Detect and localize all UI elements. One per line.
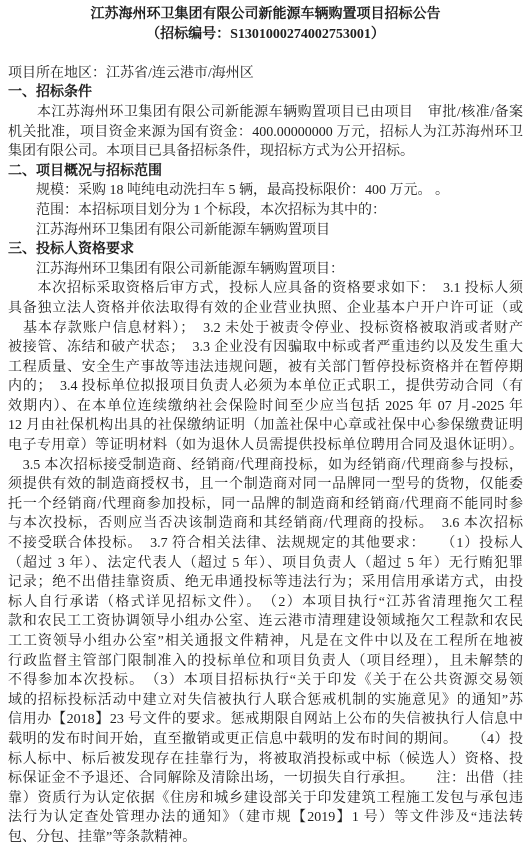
doc-text-line: 法行为认定查处管理办法的通知》（建市规【2019】1 号）等文件涉及“违法转 bbox=[8, 808, 523, 828]
doc-text-line: 托一个经销商/代理商参加投标，同一品牌的制造商和经销商/代理商不能同时参 bbox=[8, 495, 523, 515]
doc-text-line: 不接受联合体投标。 3.7 符合相关法律、法规规定的其他要求： （1）投标人 bbox=[8, 534, 523, 554]
blank-spacer bbox=[8, 44, 523, 64]
tender-announcement-document: 江苏海州环卫集团有限公司新能源车辆购置项目招标公告 （招标编号：S1301000… bbox=[0, 0, 531, 858]
doc-text-line: 标人标中、标后被发现存在挂靠行为，将被取消投标或中标（候选人）资格、投 bbox=[8, 750, 523, 770]
doc-text-line: 12 月由社保机构出具的社保缴纳证明（加盖社保中心章或社保中心参保缴费证明 bbox=[8, 416, 523, 436]
document-body: 项目所在地区：江苏省/连云港市/海州区一、招标条件 本江苏海州环卫集团有限公司新… bbox=[8, 44, 523, 847]
doc-text-line: 范围：本招标项目划分为 1 个标段，本次招标为其中的： bbox=[8, 201, 523, 221]
doc-text-line: 载明的发布时间开始，直至撤销或更正信息中载明的发布时间的期间。 （4）投 bbox=[8, 730, 523, 750]
doc-text-line: 本江苏海州环卫集团有限公司新能源车辆购置项目已由项目 审批/核准/备案 bbox=[8, 103, 523, 123]
doc-text-line: 行政监督主管部门限制准入的投标单位和项目负责人（项目经理），且未解禁的 bbox=[8, 652, 523, 672]
doc-text-line: 规模：采购 18 吨纯电动洗扫车 5 辆，最高投标限价：400 万元。 。 bbox=[8, 181, 523, 201]
doc-text-line: 与本次投标，否则应当否决该制造商和其经销商/代理商的投标。 3.6 本次招标 bbox=[8, 514, 523, 534]
doc-text-line: 本次招标采取资格后审方式，投标人应具备的资格要求如下： 3.1 投标人须 bbox=[8, 279, 523, 299]
doc-text-line: 靠）资质行为认定依据《住房和城乡建设部关于印发建筑工程施工发包与承包违 bbox=[8, 789, 523, 809]
section-heading: 二、项目概况与招标范围 bbox=[8, 162, 523, 182]
doc-text-line: 被接管、冻结和破产状态； 3.3 企业没有因骗取中标或者严重违约以及发生重大 bbox=[8, 338, 523, 358]
doc-text-line: 包、分包、挂靠”等条款精神。 bbox=[8, 828, 523, 848]
document-title: 江苏海州环卫集团有限公司新能源车辆购置项目招标公告 bbox=[8, 5, 523, 25]
doc-text-line: 江苏海州环卫集团有限公司新能源车辆购置项目： bbox=[8, 260, 523, 280]
doc-text-line: 信用办【2018】23 号文件的要求。惩戒期限自网站上公布的失信被执行人信息中 bbox=[8, 710, 523, 730]
doc-text-line: 款和农民工工资协调领导小组办公室、连云港市清理建设领域拖欠工程款和农民 bbox=[8, 612, 523, 632]
doc-text-line: 基本存款账户信息材料）； 3.2 未处于被责令停业、投标资格被取消或者财产 bbox=[8, 319, 523, 339]
project-location-line: 项目所在地区：江苏省/连云港市/海州区 bbox=[8, 64, 523, 84]
doc-text-line: 效期内）、在本单位连续缴纳社会保险时间至少应当包括 2025 年 07 月-20… bbox=[8, 397, 523, 417]
tender-number: （招标编号：S1301000274002753001） bbox=[8, 25, 523, 45]
doc-text-line: 标人自行承诺（格式详见招标文件）。 （2）本项目执行“江苏省清理拖欠工程 bbox=[8, 593, 523, 613]
doc-text-line: 工工资领导小组办公室”相关通报文件精神，凡是在文件中以及在工程所在地被 bbox=[8, 632, 523, 652]
doc-text-line: 工程质量、安全生产事故等违法违规问题，被有关部门暂停投标资格并在暂停期 bbox=[8, 358, 523, 378]
doc-text-line: 电子专用章）等证明材料（如为退休人员需提供投标单位聘用合同及退休证明）。 bbox=[8, 436, 523, 456]
doc-text-line: 集团有限公司。本项目已具备招标条件，现招标方式为公开招标。 bbox=[8, 142, 523, 162]
doc-text-line: 内的； 3.4 投标单位拟报项目负责人必须为本单位正式职工，提供劳动合同（有 bbox=[8, 377, 523, 397]
doc-text-line: （超过 3 年）、法定代表人（超过 5 年）、项目负责人（超过 5 年）无行贿犯… bbox=[8, 554, 523, 574]
doc-text-line: 3.5 本次招标接受制造商、经销商/代理商投标，如为经销商/代理商参与投标， bbox=[8, 456, 523, 476]
section-heading: 三、投标人资格要求 bbox=[8, 240, 523, 260]
doc-text-line: 具备独立法人资格并依法取得有效的企业营业执照、企业基本户开户许可证（或 bbox=[8, 299, 523, 319]
doc-text-line: 域的招标投标活动中建立对失信被执行人联合惩戒机制的实施意见》的通知”苏 bbox=[8, 691, 523, 711]
doc-text-line: 标保证金不予退还、合同解除及清除出场，一切损失自行承担。 注：出借（挂 bbox=[8, 769, 523, 789]
section-heading: 一、招标条件 bbox=[8, 83, 523, 103]
doc-text-line: 须提供有效的制造商授权书，且一个制造商对同一品牌同一型号的货物，仅能委 bbox=[8, 475, 523, 495]
doc-text-line: 江苏海州环卫集团有限公司新能源车辆购置项目 bbox=[8, 221, 523, 241]
doc-text-line: 记录；绝不出借挂靠资质、绝无串通投标等违法行为；采用信用承诺方式，由投 bbox=[8, 573, 523, 593]
doc-text-line: 不得参加本次投标。 （3）本项目招标执行“关于印发《关于在公共资源交易领 bbox=[8, 671, 523, 691]
doc-text-line: 机关批准，项目资金来源为国有资金：400.00000000 万元，招标人为江苏海… bbox=[8, 123, 523, 143]
